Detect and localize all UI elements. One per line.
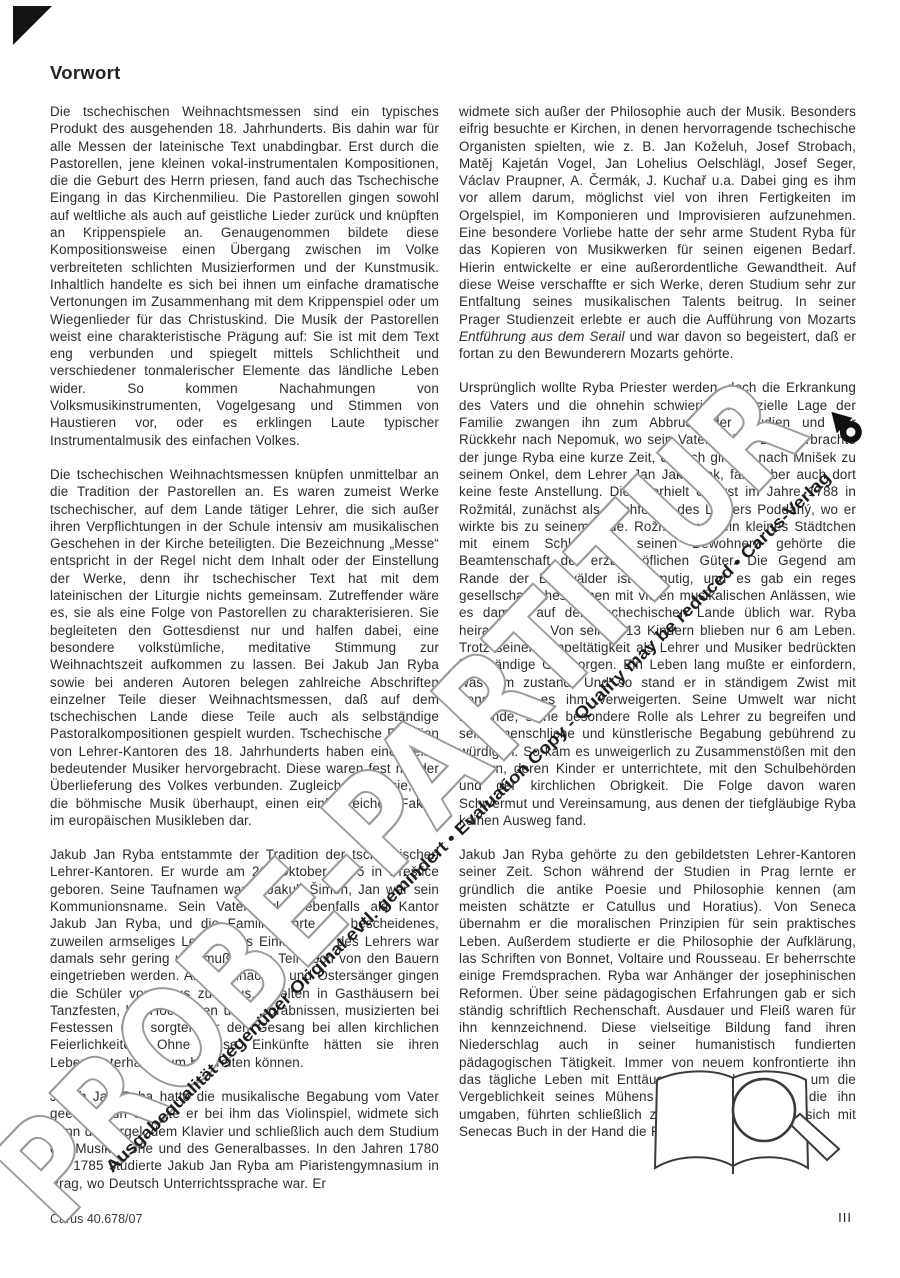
- footer-edition-number: Carus 40.678/07: [50, 1212, 142, 1226]
- right-text-column: widmete sich außer der Philosophie auch …: [459, 103, 856, 1157]
- paragraph: Jakub Jan Ryba entstammte der Tradition …: [50, 846, 439, 1071]
- paragraph: Ursprünglich wollte Ryba Priester werden…: [459, 379, 856, 829]
- paragraph: Die tschechischen Weihnachtsmessen sind …: [50, 103, 439, 449]
- page-title: Vorwort: [50, 62, 121, 84]
- work-title-italic: Entführung aus dem Serail: [459, 329, 625, 344]
- paragraph-text: widmete sich außer der Philosophie auch …: [459, 104, 856, 327]
- paragraph: Die tschechischen Weihnachtsmessen knüpf…: [50, 466, 439, 829]
- footer-page-number: III: [838, 1210, 852, 1225]
- paragraph: Jakub Jan Ryba hatte die musikalische Be…: [50, 1088, 439, 1192]
- corner-fold-icon: [13, 6, 52, 45]
- paragraph: widmete sich außer der Philosophie auch …: [459, 103, 856, 362]
- left-text-column: Die tschechischen Weihnachtsmessen sind …: [50, 103, 439, 1209]
- preface-page: Vorwort Die tschechischen Weihnachtsmess…: [0, 0, 900, 1278]
- paragraph: Jakub Jan Ryba gehörte zu den gebildetst…: [459, 846, 856, 1140]
